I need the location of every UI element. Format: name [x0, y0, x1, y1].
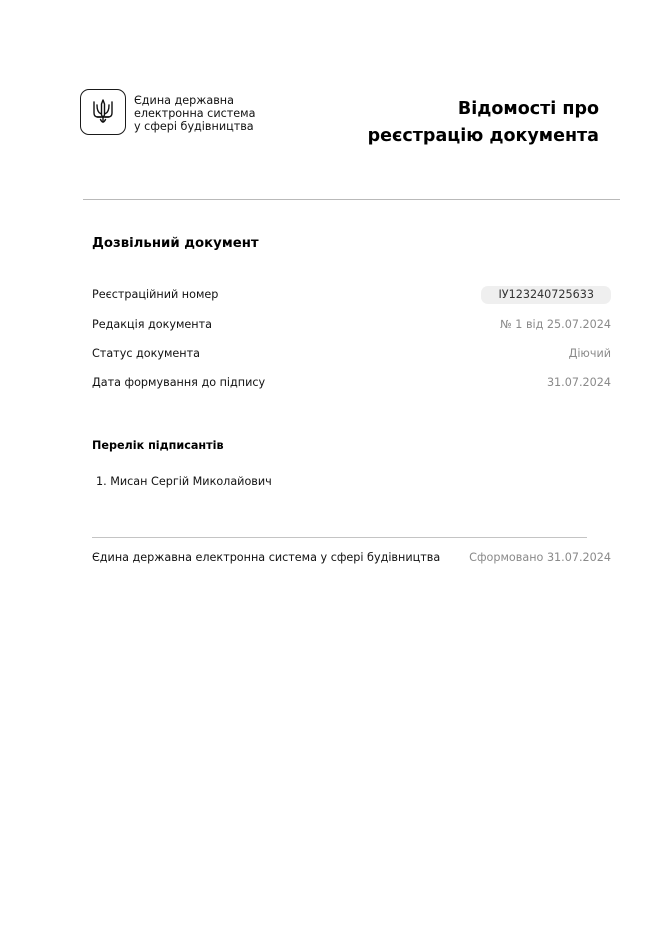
- registration-number-badge: ІУ123240725633: [481, 286, 611, 304]
- signers-title: Перелік підписантів: [92, 439, 224, 452]
- footer-org-name: Єдина державна електронна система у сфер…: [92, 550, 440, 566]
- field-row-generation-date: Дата формування до підпису 31.07.2024: [92, 374, 611, 392]
- header-divider: [83, 199, 620, 200]
- field-value: 31.07.2024: [547, 374, 611, 392]
- signers-list: 1. Мисан Сергій Миколайович: [96, 474, 272, 490]
- field-label: Дата формування до підпису: [92, 374, 265, 392]
- page-title-line: реєстрацію документа: [368, 123, 599, 150]
- status-value: Діючий: [569, 345, 611, 363]
- org-name: Єдина державна електронна система у сфер…: [134, 94, 255, 133]
- field-value: № 1 від 25.07.2024: [500, 316, 611, 334]
- field-label: Реєстраційний номер: [92, 286, 218, 304]
- signer-item: 1. Мисан Сергій Миколайович: [96, 474, 272, 490]
- footer-generated-date: Сформовано 31.07.2024: [469, 550, 611, 566]
- org-name-line: електронна система: [134, 107, 255, 120]
- logo: [80, 89, 126, 135]
- field-label: Редакція документа: [92, 316, 212, 334]
- field-row-document-status: Статус документа Діючий: [92, 345, 611, 363]
- trident-icon: [92, 98, 114, 126]
- field-row-registration-number: Реєстраційний номер ІУ123240725633: [92, 286, 611, 304]
- section-title: Дозвільний документ: [92, 236, 259, 251]
- page-title: Відомості про реєстрацію документа: [368, 96, 599, 150]
- org-name-line: Єдина державна: [134, 94, 255, 107]
- footer-divider: [92, 537, 587, 538]
- field-label: Статус документа: [92, 345, 200, 363]
- org-name-line: у сфері будівництва: [134, 120, 255, 133]
- field-row-document-revision: Редакція документа № 1 від 25.07.2024: [92, 316, 611, 334]
- page-title-line: Відомості про: [368, 96, 599, 123]
